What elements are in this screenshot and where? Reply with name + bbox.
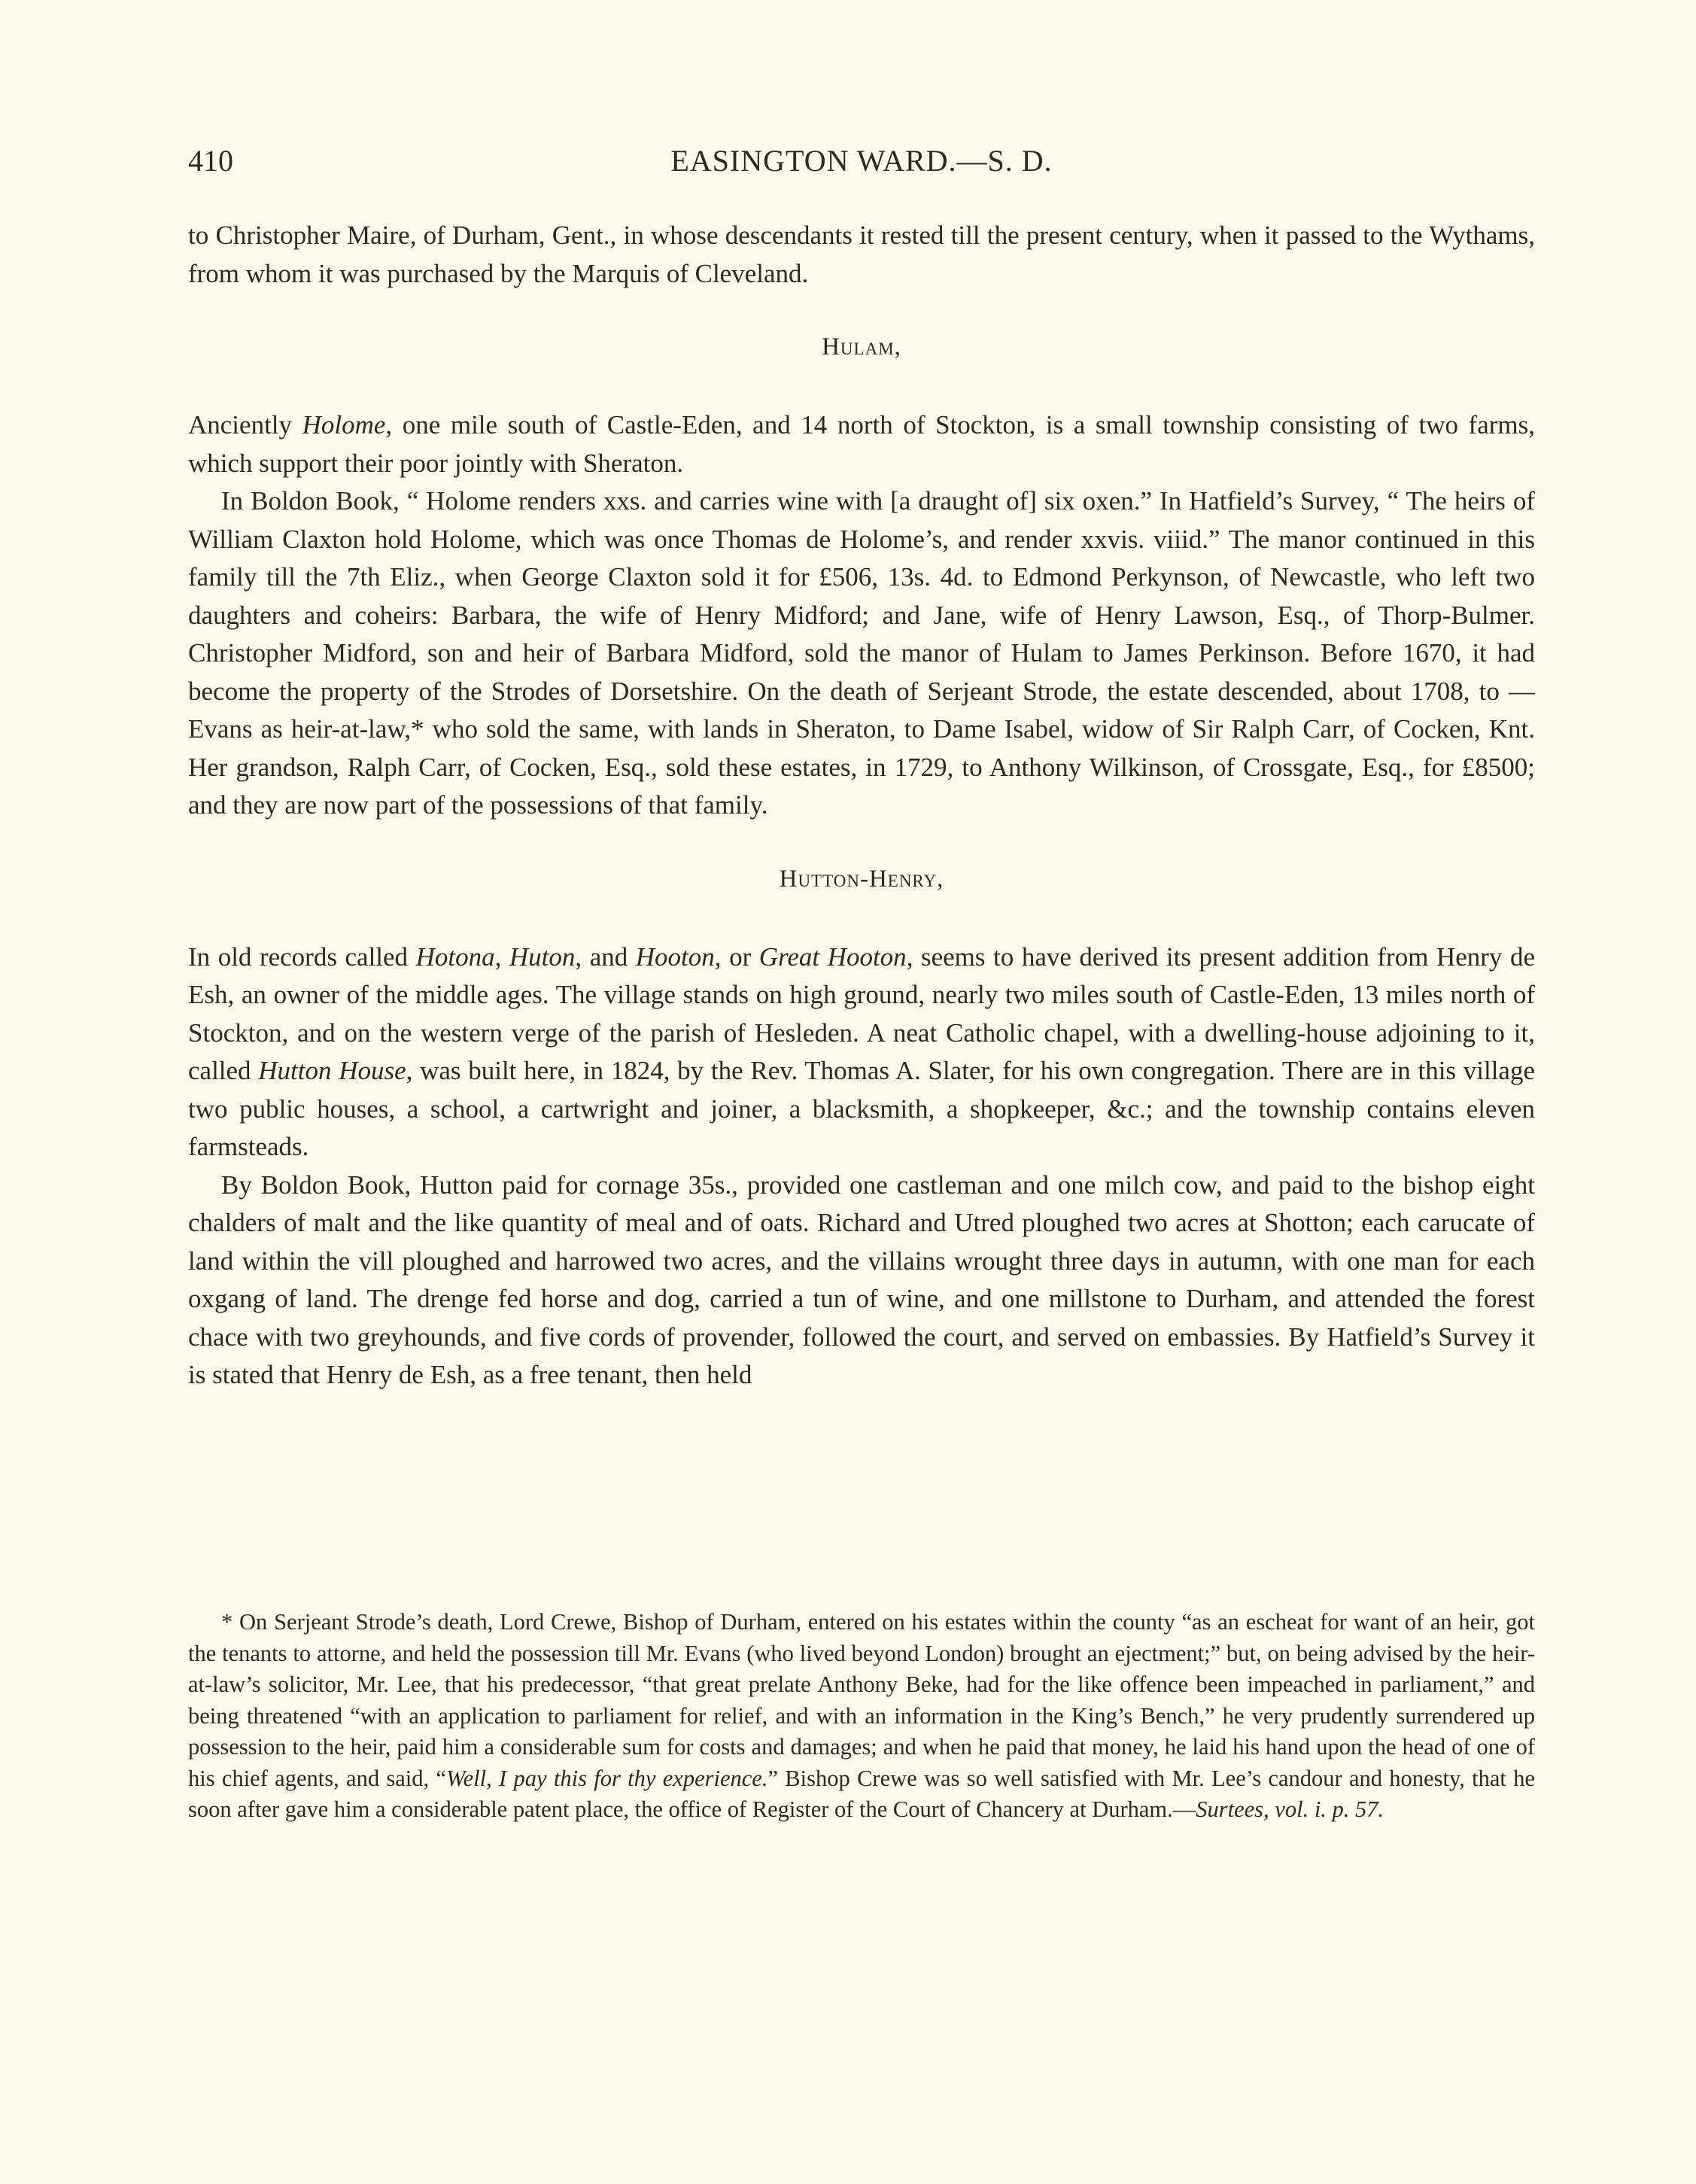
hulam-paragraph-2: In Boldon Book, “ Holome renders xxs. an… <box>188 482 1535 825</box>
italic-text: Hutton House <box>258 1056 406 1085</box>
text: , and <box>575 942 635 972</box>
italic-text: Huton <box>509 942 576 972</box>
page-body: 410 EASINGTON WARD.—S. D. to Christopher… <box>188 143 1535 1395</box>
italic-text: Holome <box>302 410 386 440</box>
continuation-paragraph: to Christopher Maire, of Durham, Gent., … <box>188 217 1535 293</box>
text: , one mile south of Castle-Eden, and 14 … <box>188 410 1535 478</box>
section-title-hutton-henry: Hutton-Henry, <box>188 865 1535 893</box>
hulam-paragraph-1: Anciently Holome, one mile south of Cast… <box>188 406 1535 482</box>
italic-text: Well, I pay this for thy experience. <box>446 1766 767 1791</box>
footnote: * On Serjeant Strode’s death, Lord Crewe… <box>188 1607 1535 1826</box>
hutton-paragraph-1: In old records called Hotona, Huton, and… <box>188 938 1535 1167</box>
footnote-text: * On Serjeant Strode’s death, Lord Crewe… <box>188 1607 1535 1826</box>
section-title-hulam: Hulam, <box>188 333 1535 361</box>
italic-text: Great Hooton <box>759 942 907 972</box>
text: , <box>495 942 509 972</box>
text: In old records called <box>188 942 416 972</box>
text: , or <box>715 942 759 972</box>
text: * On Serjeant Strode’s death, Lord Crewe… <box>188 1609 1535 1791</box>
hutton-paragraph-2: By Boldon Book, Hutton paid for cornage … <box>188 1167 1535 1395</box>
text: Anciently <box>188 410 302 440</box>
citation: Surtees, vol. i. p. 57. <box>1196 1796 1384 1822</box>
page-header: 410 EASINGTON WARD.—S. D. <box>188 143 1535 188</box>
running-head: EASINGTON WARD.—S. D. <box>188 143 1535 178</box>
italic-text: Hooton <box>636 942 715 972</box>
italic-text: Hotona <box>416 942 495 972</box>
